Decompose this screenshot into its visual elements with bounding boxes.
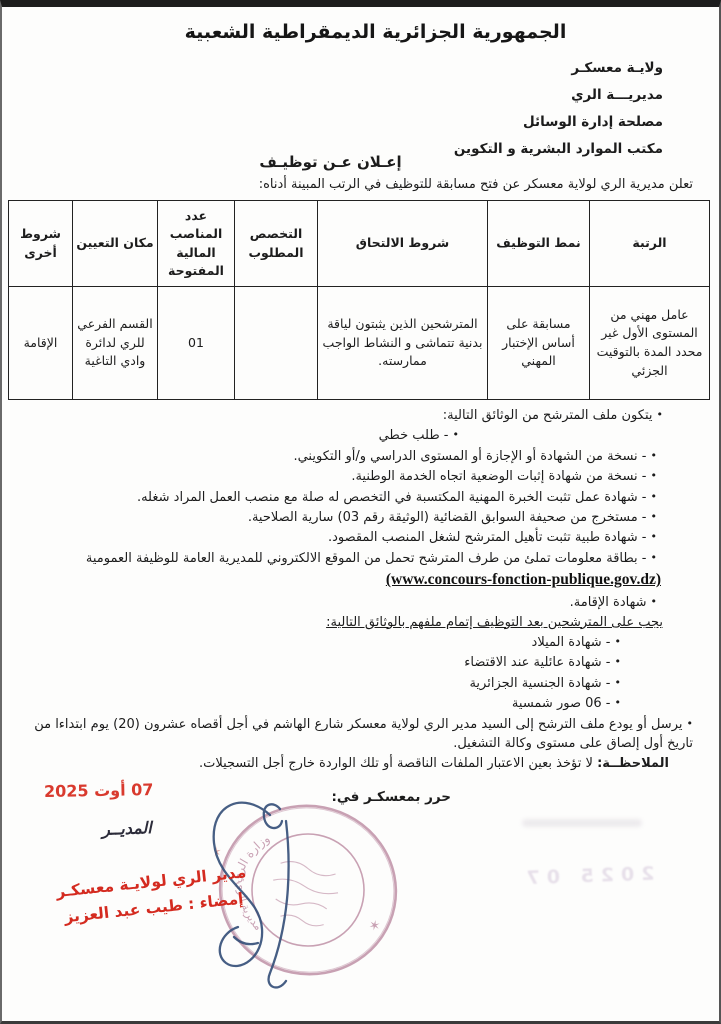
bullet-icon: • bbox=[651, 487, 658, 506]
website-line: (www.concours-fonction-publique.gov.dz) bbox=[14, 568, 661, 592]
bleed-mark: 07 2025 bbox=[502, 862, 673, 890]
submission-paragraph: •يرسل أو يودع ملف الترشح إلى السيد مدير … bbox=[14, 714, 693, 754]
th-rank: الرتبة bbox=[590, 201, 710, 287]
org-line-wilaya: ولايـة معسكـر bbox=[454, 55, 663, 82]
org-line-service: مصلحة إدارة الوسائل bbox=[454, 109, 663, 136]
requirements-section: •يتكون ملف المترشح من الوثائق التالية: •… bbox=[14, 405, 709, 773]
cell-location: القسم الفرعي للري لدائرة وادي التاغية bbox=[73, 287, 158, 400]
org-header-block: ولايـة معسكـر مديريـــة الري مصلحة إدارة… bbox=[454, 55, 663, 163]
bullet-icon: • bbox=[657, 405, 664, 424]
cell-recruitment-mode: مسابقة على أساس الإختبار المهني bbox=[488, 287, 590, 400]
scanned-job-announcement: الجمهورية الجزائرية الديمقراطية الشعبية … bbox=[0, 0, 721, 1024]
bullet-icon: • bbox=[615, 673, 622, 692]
director-label: المديــر bbox=[102, 818, 152, 839]
bleed-smudge bbox=[522, 819, 642, 827]
bullet-icon: • bbox=[615, 632, 622, 651]
republic-title: الجمهورية الجزائرية الديمقراطية الشعبية bbox=[32, 21, 719, 43]
table-header-row: الرتبة نمط التوظيف شروط الالتحاق التخصص … bbox=[9, 201, 710, 287]
announcement-title: إعـلان عـن توظيـف bbox=[0, 153, 719, 171]
th-location: مكان التعيين bbox=[73, 201, 158, 287]
doc-item: •- شهادة طبية تثبت تأهيل المترشح لشغل ال… bbox=[14, 527, 657, 547]
cell-other-conditions: الإقامة bbox=[9, 287, 73, 400]
doc-item: •- شهادة عمل تثبت الخبرة المهنية المكتسب… bbox=[14, 487, 657, 507]
seal-star-right: ✶ bbox=[367, 917, 382, 935]
th-open-positions: عدد المناصب المالية المفتوحة bbox=[158, 201, 235, 287]
cell-specialty bbox=[235, 287, 318, 400]
doc-item: •- مستخرج من صحيفة السوابق القضائية (الو… bbox=[14, 507, 657, 527]
doc-item: •- بطاقة معلومات تملئ من طرف المترشح تحم… bbox=[14, 548, 657, 568]
cell-rank: عامل مهني من المستوى الأول غير محدد المد… bbox=[590, 287, 710, 400]
doc-item-residence: •شهادة الإقامة. bbox=[14, 592, 657, 612]
intro-text: تعلن مديرية الري لولاية معسكر عن فتح مسا… bbox=[259, 177, 693, 192]
post-hire-item: •- شهادة الجنسية الجزائرية bbox=[14, 673, 621, 693]
table-row: عامل مهني من المستوى الأول غير محدد المد… bbox=[9, 287, 710, 400]
org-line-directorate: مديريـــة الري bbox=[454, 82, 663, 109]
doc-item: •- نسخة من الشهادة أو الإجازة أو المستوى… bbox=[14, 446, 657, 466]
bullet-icon: • bbox=[651, 446, 658, 465]
note-label: الملاحظــة: bbox=[597, 756, 669, 771]
bullet-icon: • bbox=[615, 693, 622, 712]
note-line: الملاحظــة: لا تؤخذ بعين الاعتبار الملفا… bbox=[14, 754, 669, 773]
date-stamp: 07 أوت 2025 bbox=[44, 780, 154, 801]
post-hire-item: •- 06 صور شمسية bbox=[14, 693, 621, 713]
cell-conditions: المترشحين الذين يثبتون لياقة بدنية تتماش… bbox=[318, 287, 488, 400]
th-other-conditions: شروط أخرى bbox=[9, 201, 73, 287]
recruitment-table: الرتبة نمط التوظيف شروط الالتحاق التخصص … bbox=[8, 200, 710, 400]
bullet-icon: • bbox=[651, 507, 658, 526]
public-service-url: (www.concours-fonction-publique.gov.dz) bbox=[386, 568, 661, 591]
doc-item: •- طلب خطي bbox=[14, 425, 459, 445]
th-specialty: التخصص المطلوب bbox=[235, 201, 318, 287]
bullet-icon: • bbox=[615, 652, 622, 671]
cell-open-positions: 01 bbox=[158, 287, 235, 400]
bullet-icon: • bbox=[651, 548, 658, 567]
file-docs-heading: •يتكون ملف المترشح من الوثائق التالية: bbox=[14, 405, 663, 425]
note-text: لا تؤخذ بعين الاعتبار الملفات الناقصة أو… bbox=[199, 756, 593, 771]
bullet-icon: • bbox=[651, 592, 658, 611]
th-conditions: شروط الالتحاق bbox=[318, 201, 488, 287]
bullet-icon: • bbox=[687, 714, 694, 733]
bullet-icon: • bbox=[651, 527, 658, 546]
post-hire-heading: يجب على المترشحين بعد التوظيف إتمام ملفه… bbox=[14, 613, 663, 632]
post-hire-item: •- شهادة عائلية عند الاقتضاء bbox=[14, 652, 621, 672]
th-recruitment-mode: نمط التوظيف bbox=[488, 201, 590, 287]
bullet-icon: • bbox=[651, 466, 658, 485]
post-hire-item: •- شهادة الميلاد bbox=[14, 632, 621, 652]
bullet-icon: • bbox=[453, 425, 460, 444]
doc-item: •- نسخة من شهادة إثبات الوضعية اتجاه الخ… bbox=[14, 466, 657, 486]
